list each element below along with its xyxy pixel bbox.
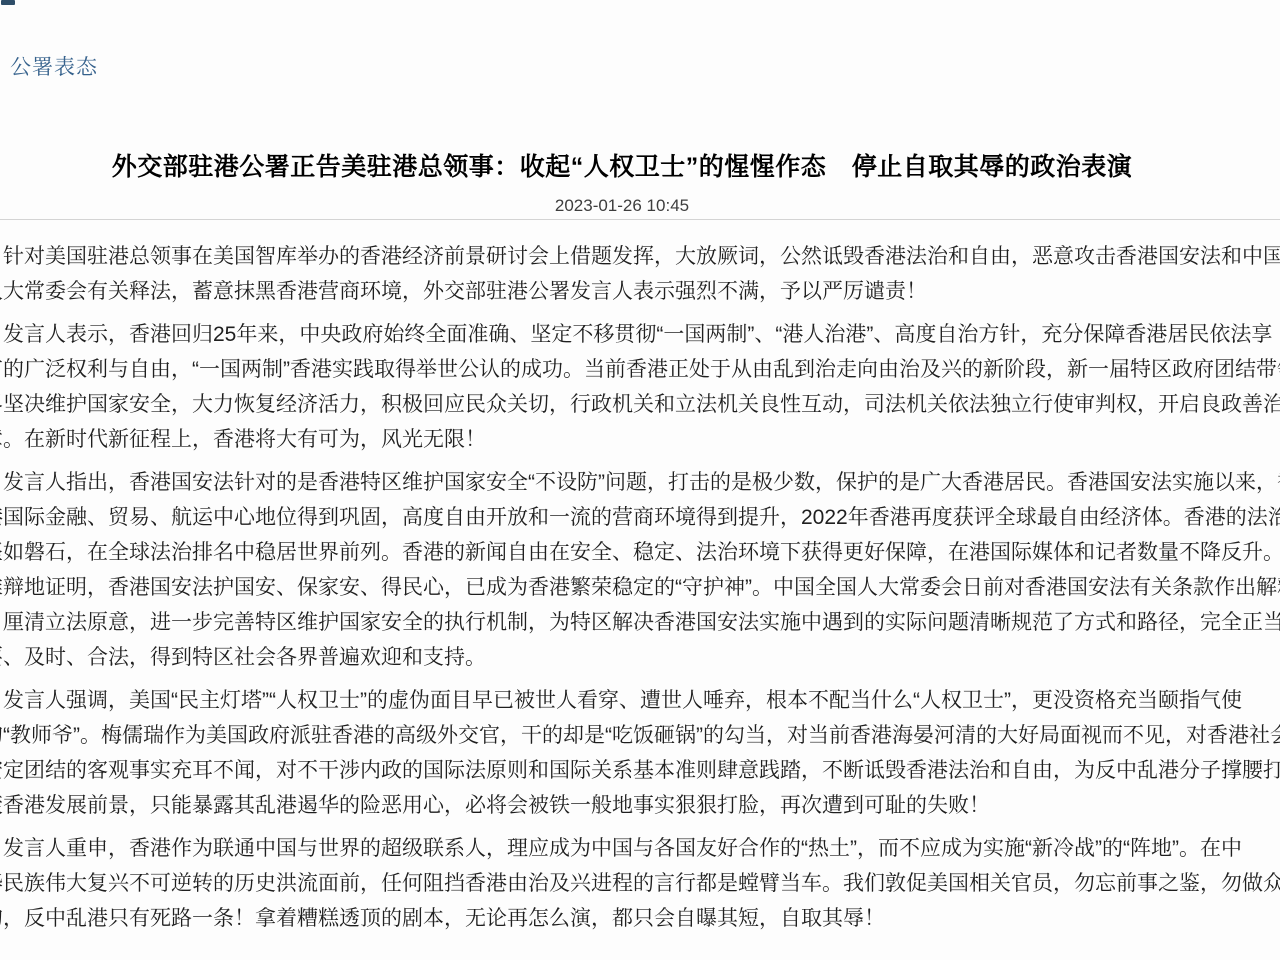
text-line: 安定团结的客观事实充耳不闻，对不干涉内政的国际法原则和国际关系基本准则肆意践踏，… bbox=[0, 753, 1280, 788]
text-line: ，厘清立法原意，进一步完善特区维护国家安全的执行机制，为特区解决香港国安法实施中… bbox=[0, 605, 1280, 640]
text-line: 发言人强调，美国“民主灯塔”“人权卫士”的虚伪面目早已被世人看穿、遭世人唾弃，根… bbox=[0, 683, 1280, 718]
paragraph: 发言人重申，香港作为联通中国与世界的超级联系人，理应成为中国与各国友好合作的“热… bbox=[0, 831, 1280, 936]
text-line: 港国际金融、贸易、航运中心地位得到巩固，高度自由开放和一流的营商环境得到提升，2… bbox=[0, 500, 1280, 535]
page: { "colors": { "link_blue": "#35618c", "t… bbox=[0, 0, 1280, 960]
text-line: 章。在新时代新征程上，香港将大有可为，风光无限！ bbox=[0, 422, 1280, 457]
text-line: 界坚决维护国家安全，大力恢复经济活力，积极回应民众关切，行政机关和立法机关良性互… bbox=[0, 387, 1280, 422]
breadcrumb-link[interactable]: 公署表态 bbox=[10, 51, 98, 81]
article-title: 外交部驻港公署正告美驻港总领事：收起“人权卫士”的惺惺作态 停止自取其辱的政治表… bbox=[0, 147, 1262, 183]
text-line: 发言人重申，香港作为联通中国与世界的超级联系人，理应成为中国与各国友好合作的“热… bbox=[0, 831, 1280, 866]
article-date: 2023-01-26 10:45 bbox=[0, 196, 1262, 216]
paragraph: 发言人指出，香港国安法针对的是香港特区维护国家安全“不设防”问题，打击的是极少数… bbox=[0, 465, 1280, 675]
text-line: 发言人表示，香港回归25年来，中央政府始终全面准确、坚定不移贯彻“一国两制”、“… bbox=[0, 317, 1280, 352]
cropped-corner-fragment bbox=[1, 0, 15, 5]
text-line: 的，反中乱港只有死路一条！拿着糟糕透顶的剧本，无论再怎么演，都只会自曝其短，自取… bbox=[0, 901, 1280, 936]
paragraph: 发言人强调，美国“民主灯塔”“人权卫士”的虚伪面目早已被世人看穿、遭世人唾弃，根… bbox=[0, 683, 1280, 823]
text-line: 华民族伟大复兴不可逆转的历史洪流面前，任何阻挡香港由治及兴进程的言行都是螳臂当车… bbox=[0, 866, 1280, 901]
text-line: 针对美国驻港总领事在美国智库举办的香港经济前景研讨会上借题发挥，大放厥词，公然诋… bbox=[0, 239, 1280, 274]
text-line: 有的广泛权利与自由，“一国两制”香港实践取得举世公认的成功。当前香港正处于从由乱… bbox=[0, 352, 1280, 387]
paragraph: 发言人表示，香港回归25年来，中央政府始终全面准确、坚定不移贯彻“一国两制”、“… bbox=[0, 317, 1280, 457]
divider bbox=[0, 219, 1280, 220]
paragraph: 针对美国驻港总领事在美国智库举办的香港经济前景研讨会上借题发挥，大放厥词，公然诋… bbox=[0, 239, 1280, 309]
text-line: 的“教师爷”。梅儒瑞作为美国政府派驻香港的高级外交官，干的却是“吃饭砸锅”的勾当… bbox=[0, 718, 1280, 753]
text-line: 坚如磐石，在全球法治排名中稳居世界前列。香港的新闻自由在安全、稳定、法治环境下获… bbox=[0, 535, 1280, 570]
text-line: 雄辩地证明，香港国安法护国安、保家安、得民心，已成为香港繁荣稳定的“守护神”。中… bbox=[0, 570, 1280, 605]
text-line: 要、及时、合法，得到特区社会各界普遍欢迎和支持。 bbox=[0, 640, 1280, 675]
text-line: 发言人指出，香港国安法针对的是香港特区维护国家安全“不设防”问题，打击的是极少数… bbox=[0, 465, 1280, 500]
article-body: 针对美国驻港总领事在美国智库举办的香港经济前景研讨会上借题发挥，大放厥词，公然诋… bbox=[0, 239, 1280, 944]
text-line: 人大常委会有关释法，蓄意抹黑香港营商环境，外交部驻港公署发言人表示强烈不满，予以… bbox=[0, 274, 1280, 309]
text-line: 衰香港发展前景，只能暴露其乱港遏华的险恶用心，必将会被铁一般地事实狠狠打脸，再次… bbox=[0, 788, 1280, 823]
